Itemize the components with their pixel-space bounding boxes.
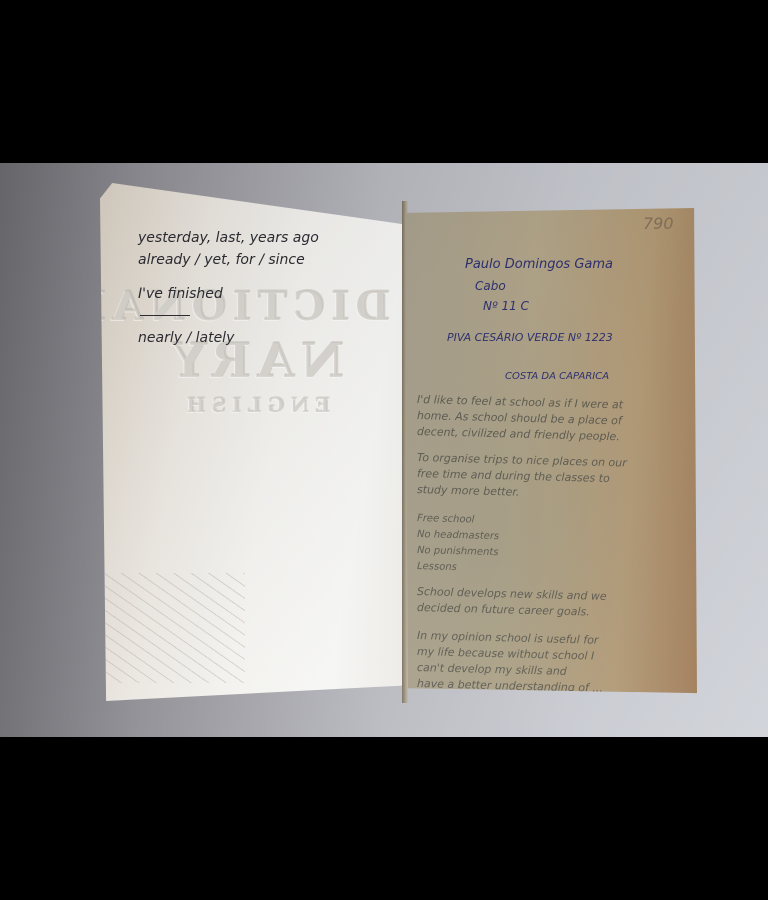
letterbox-bottom (0, 737, 768, 900)
student-number: Nº 11 C (483, 300, 529, 312)
paragraph-line: School develops new skills and we (417, 586, 607, 602)
paragraph-line: In my opinion school is useful for (417, 630, 599, 646)
paragraph-line: study more better. (417, 484, 520, 498)
list-item: Lessons (417, 562, 457, 573)
paragraph-line: decent, civilized and friendly people. (417, 426, 620, 442)
title: COSTA DA CAPARICA (505, 372, 609, 382)
list-item: No punishments (417, 546, 499, 558)
right-page: 790 Paulo Domingos Gama Cabo Nº 11 C PIV… (405, 208, 697, 698)
paragraph-line: To organise trips to nice places on our (417, 452, 627, 468)
handwritten-note: I've finished (138, 287, 223, 301)
left-page: DICTIONARY NARY ENGLISH yesterday, last,… (100, 183, 405, 701)
notebook-photo: DICTIONARY NARY ENGLISH yesterday, last,… (0, 163, 768, 737)
paragraph-line: my life because without school I (417, 646, 595, 662)
student-name: Paulo Domingos Gama (465, 258, 613, 271)
list-item: No headmasters (417, 530, 499, 542)
handwritten-note: already / yet, for / since (138, 253, 305, 267)
student-surname: Cabo (475, 280, 506, 292)
letterbox-top (0, 0, 768, 163)
paragraph-line: can't develop my skills and (417, 662, 567, 677)
paragraph-line: free time and during the classes to (417, 468, 610, 484)
page-crease (105, 573, 245, 683)
handwritten-note: nearly / lately (138, 331, 234, 345)
paragraph-line: home. As school should be a place of (417, 410, 622, 426)
paragraph-line: decided on future career goals. (417, 602, 590, 618)
paragraph-line: have a better understanding of ... (417, 678, 603, 694)
embossed-text: ENGLISH (120, 393, 390, 417)
list-item: Free school (417, 514, 475, 525)
page-number: 790 (643, 216, 674, 232)
underline-mark (140, 315, 190, 316)
school-name: PIVA CESÁRIO VERDE Nº 1223 (447, 332, 613, 343)
paragraph-line: I'd like to feel at school as if I were … (417, 394, 623, 410)
handwritten-note: yesterday, last, years ago (138, 231, 319, 245)
